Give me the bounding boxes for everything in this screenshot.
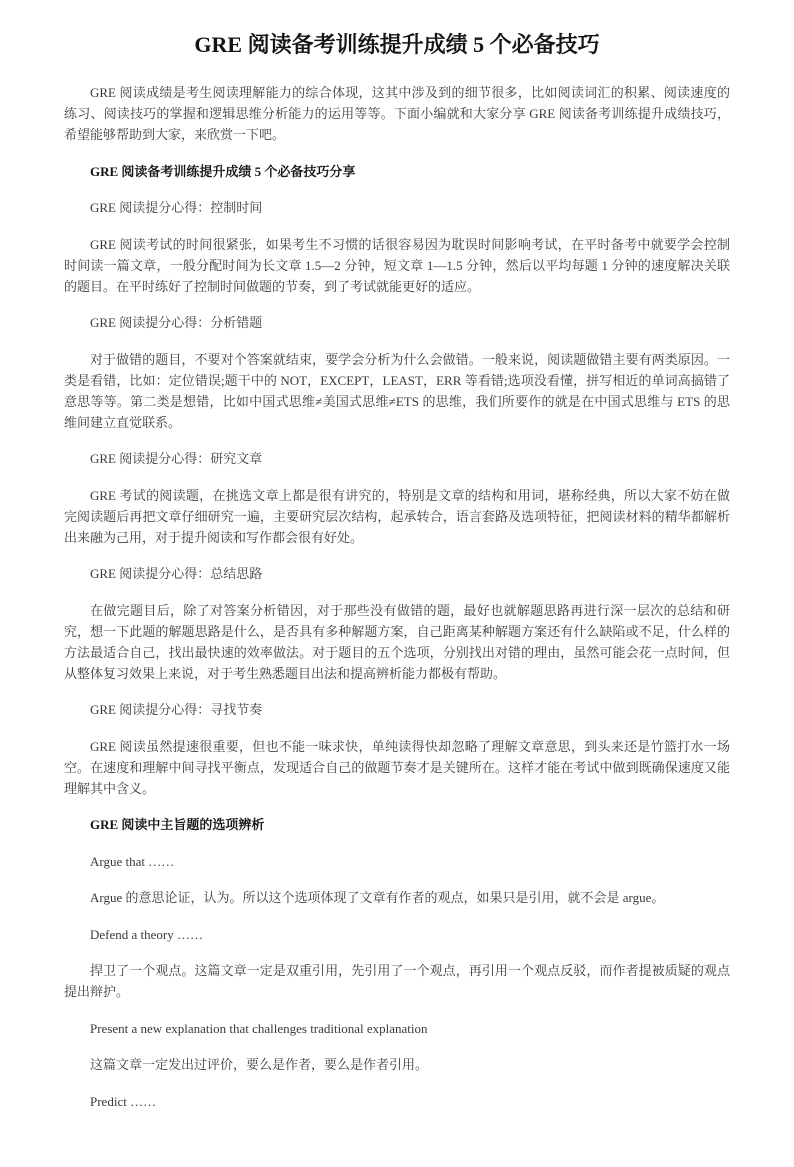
paragraph: 捍卫了一个观点。这篇文章一定是双重引用，先引用了一个观点，再引用一个观点反驳，而… (64, 960, 730, 1002)
paragraph: 在做完题目后，除了对答案分析错因，对于那些没有做错的题，最好也就解题思路再进行深… (64, 600, 730, 684)
section-heading: GRE 阅读中主旨题的选项辨析 (64, 814, 730, 835)
document-content: GRE 阅读成绩是考生阅读理解能力的综合体现，这其中涉及到的细节很多，比如阅读词… (64, 82, 730, 1112)
sub-heading: GRE 阅读提分心得：分析错题 (64, 312, 730, 333)
document-page: GRE 阅读备考训练提升成绩 5 个必备技巧 GRE 阅读成绩是考生阅读理解能力… (0, 0, 794, 1167)
page-title: GRE 阅读备考训练提升成绩 5 个必备技巧 (64, 30, 730, 60)
paragraph: 对于做错的题目，不要对个答案就结束，要学会分析为什么会做错。一般来说，阅读题做错… (64, 349, 730, 433)
paragraph: Argue 的意思论证，认为。所以这个选项体现了文章有作者的观点，如果只是引用，… (64, 887, 730, 908)
section-heading: GRE 阅读备考训练提升成绩 5 个必备技巧分享 (64, 161, 730, 182)
sub-heading: GRE 阅读提分心得：研究文章 (64, 448, 730, 469)
sub-heading: Defend a theory …… (64, 924, 730, 945)
sub-heading: GRE 阅读提分心得：寻找节奏 (64, 699, 730, 720)
sub-heading: Predict …… (64, 1091, 730, 1112)
sub-heading: Present a new explanation that challenge… (64, 1018, 730, 1039)
paragraph: GRE 阅读考试的时间很紧张，如果考生不习惯的话很容易因为耽误时间影响考试，在平… (64, 234, 730, 297)
sub-heading: Argue that …… (64, 851, 730, 872)
sub-heading: GRE 阅读提分心得：控制时间 (64, 197, 730, 218)
paragraph: GRE 考试的阅读题，在挑选文章上都是很有讲究的，特别是文章的结构和用词，堪称经… (64, 485, 730, 548)
sub-heading: GRE 阅读提分心得：总结思路 (64, 563, 730, 584)
paragraph: 这篇文章一定发出过评价，要么是作者，要么是作者引用。 (64, 1054, 730, 1075)
paragraph: GRE 阅读虽然提速很重要，但也不能一味求快，单纯读得快却忽略了理解文章意思，到… (64, 736, 730, 799)
paragraph: GRE 阅读成绩是考生阅读理解能力的综合体现，这其中涉及到的细节很多，比如阅读词… (64, 82, 730, 145)
